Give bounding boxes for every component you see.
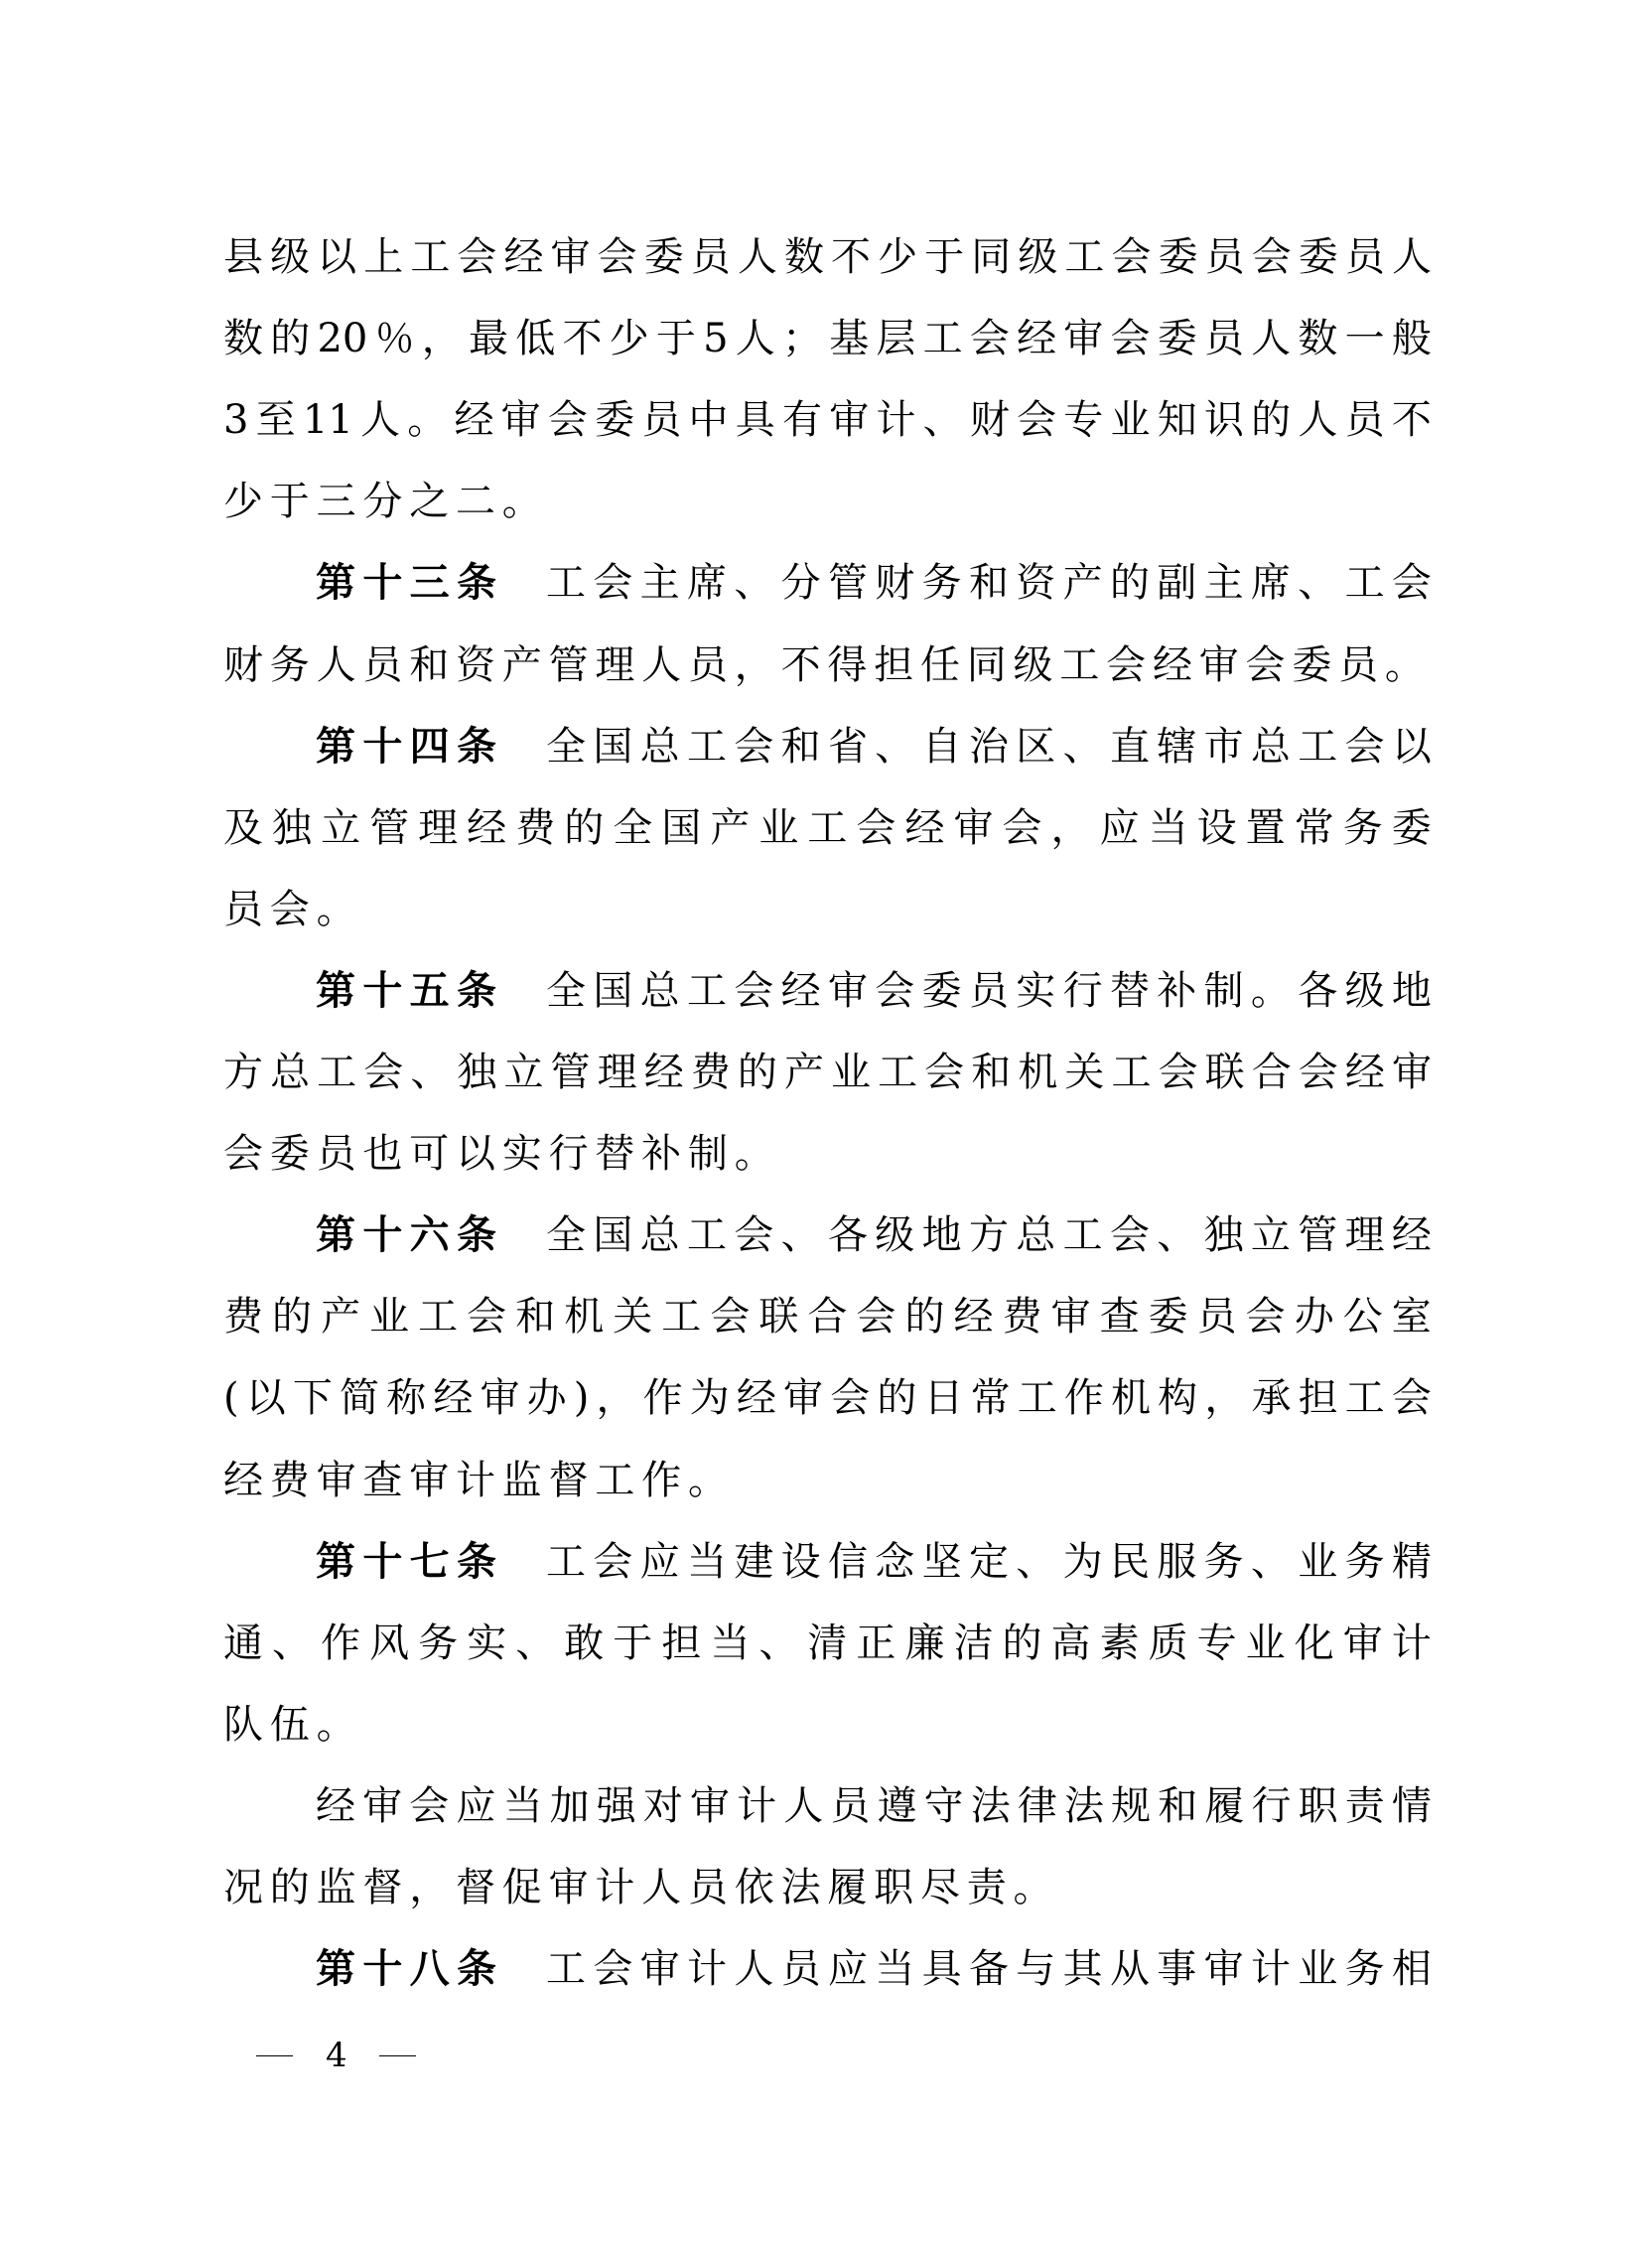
text-char: ， [422, 316, 462, 361]
text-char: 人 [1392, 234, 1432, 280]
text-char: 不 [831, 234, 871, 280]
text-char: 。 [1251, 968, 1291, 1014]
text-char: 会 [970, 316, 1010, 361]
text-line: 会委员也可以实行替补制。 [223, 1131, 1432, 1177]
text-char: 委 [1149, 1294, 1188, 1339]
text-char: 于 [613, 1621, 652, 1666]
text-char: 四 [410, 724, 450, 770]
text-char: 经 [316, 1783, 355, 1829]
text-char: 得 [827, 642, 874, 688]
text-char: 审 [1063, 316, 1103, 361]
text-char: 会 [409, 1783, 449, 1829]
text-char: 级 [1018, 234, 1057, 280]
text-char: 理 [418, 805, 458, 851]
text-char: 信 [828, 1539, 868, 1585]
text-char: 人 [783, 1783, 823, 1829]
text-char: 公 [1343, 1294, 1383, 1339]
text-char: 、 [515, 1621, 555, 1666]
text-char: 、 [1063, 724, 1103, 770]
text-char: 计 [595, 1865, 641, 1910]
text-char: 工 [1111, 1050, 1151, 1095]
text-char: 5 [703, 316, 728, 361]
text-char: 管 [549, 642, 596, 688]
text-char: 构 [1158, 1375, 1197, 1421]
text-line: 队伍。 [223, 1702, 1432, 1748]
text-char: 委 [1392, 805, 1432, 851]
text-char: 主 [1204, 560, 1244, 606]
text-char: 条 [457, 560, 496, 606]
text-char: 独 [457, 1050, 496, 1095]
text-char: 职 [1299, 1783, 1338, 1829]
text-char: 审 [783, 1375, 823, 1421]
text-char: 三 [317, 479, 363, 524]
text-char: 会 [593, 1539, 632, 1585]
text-char: ) [574, 1375, 590, 1421]
text-char: 。 [1014, 1865, 1060, 1910]
text-char: 理 [1345, 1212, 1385, 1258]
text-char: 关 [1064, 1050, 1104, 1095]
text-char: 3 [223, 397, 248, 443]
text-char: 员 [223, 887, 270, 932]
text-char: 建 [734, 1539, 773, 1585]
text-char: 费 [1003, 1294, 1042, 1339]
text-char: 至 [256, 397, 296, 443]
text-char: 其 [1063, 1946, 1103, 1992]
text-char: 产 [502, 642, 549, 688]
text-char: ， [409, 1865, 456, 1910]
text-char: 副 [1157, 560, 1196, 606]
text-char: 审 [501, 397, 541, 443]
text-char: 员 [688, 642, 735, 688]
text-char: 精 [1392, 1539, 1432, 1585]
text-char: 廉 [904, 1621, 944, 1666]
text-char: 担 [874, 642, 920, 688]
text-char: 全 [546, 1212, 586, 1258]
text-char: 制 [1204, 968, 1244, 1014]
text-char: 第 [316, 1946, 355, 1992]
text-char: 不 [1392, 397, 1432, 443]
text-line: 及独立管理经费的全国产业工会经审会，应当设置常务委 [223, 805, 1432, 851]
text-char: 于 [924, 234, 964, 280]
text-char: 补 [641, 1131, 688, 1177]
article-first-line: 第十七条工会应当建设信念坚定、为民服务、业务精 [316, 1539, 1432, 1585]
text-char: 设 [781, 1539, 821, 1585]
text-char: 实 [1016, 968, 1055, 1014]
text-char: 直 [1110, 724, 1150, 770]
text-char: 二 [456, 479, 502, 524]
text-char: 工 [418, 1294, 458, 1339]
text-char: 国 [593, 1212, 632, 1258]
text-char: 会 [734, 724, 773, 770]
text-char: 人 [641, 642, 688, 688]
text-char: 审 [409, 1458, 456, 1503]
text-char: 当 [687, 1539, 727, 1585]
text-char: 十 [362, 560, 402, 606]
text-char: 审 [1204, 1946, 1244, 1992]
text-char: 具 [922, 1946, 962, 1992]
text-char: 三 [410, 560, 450, 606]
text-char: 尽 [920, 1865, 967, 1910]
text-char: 应 [828, 1946, 868, 1992]
article-body-text: 全国总工会和省、自治区、直辖市总工会以 [546, 724, 1432, 770]
text-char: 高 [1051, 1621, 1091, 1666]
text-char: 经 [1392, 1212, 1432, 1258]
text-char: 事 [1157, 1946, 1196, 1992]
text-char: 会 [830, 1375, 870, 1421]
text-char: 县 [223, 234, 263, 280]
text-line: 员会。 [223, 887, 1432, 932]
text-char: ， [1204, 1375, 1244, 1421]
text-char: 地 [922, 1212, 962, 1258]
text-char: 实 [502, 1131, 549, 1177]
article-body-text: 全国总工会、各级地方总工会、独立管理经 [546, 1212, 1432, 1258]
text-char: 当 [503, 1783, 543, 1829]
text-char: 的 [270, 1865, 317, 1910]
text-char: 第 [316, 1212, 355, 1258]
text-char: 级 [875, 1212, 914, 1258]
text-char: 和 [971, 1050, 1011, 1095]
text-char: 全 [546, 724, 586, 770]
text-char: 相 [1392, 1946, 1432, 1992]
text-char: 数 [784, 234, 824, 280]
text-char: 委 [270, 1131, 317, 1177]
text-char: 20 [317, 316, 367, 361]
text-char: 会 [1110, 1212, 1150, 1258]
text-char: 责 [967, 1865, 1014, 1910]
text-char: ； [782, 316, 822, 361]
text-char: 条 [457, 1946, 496, 1992]
text-char: 和 [409, 642, 456, 688]
text-char: 、 [1157, 1212, 1196, 1258]
text-char: 经 [953, 1294, 993, 1339]
text-char: 。 [1385, 642, 1432, 688]
text-char: 。 [688, 1458, 735, 1503]
text-char: 加 [550, 1783, 590, 1829]
page-number-dash-left [256, 2055, 293, 2056]
text-char: 化 [1295, 1621, 1334, 1666]
text-char: 一 [1345, 316, 1385, 361]
text-char: 立 [321, 805, 360, 851]
text-char: 会 [1017, 397, 1056, 443]
text-char: 分 [362, 479, 409, 524]
text-char: 素 [1100, 1621, 1140, 1666]
text-char: 立 [503, 1050, 543, 1095]
text-char: 总 [1251, 724, 1291, 770]
text-char: 会 [875, 968, 914, 1014]
text-char: 洁 [953, 1621, 993, 1666]
text-char: 审 [829, 397, 869, 443]
text-char: 服 [1157, 1539, 1196, 1585]
text-char: 审 [690, 1783, 730, 1829]
text-char: 会 [457, 234, 496, 280]
text-char: 经 [433, 1375, 473, 1421]
text-char: 伍 [270, 1702, 317, 1748]
text-char: 从 [1110, 1946, 1150, 1992]
text-char: 念 [875, 1539, 914, 1585]
text-char: 专 [1063, 397, 1103, 443]
text-char: 会 [1111, 234, 1151, 280]
text-char: 第 [316, 724, 355, 770]
text-char: ， [596, 1375, 635, 1421]
article-body-text: 工会主席、分管财务和资产的副主席、工会 [546, 560, 1432, 606]
text-char: 关 [613, 1294, 652, 1339]
text-char: 条 [457, 968, 496, 1014]
text-char: 以 [1392, 724, 1432, 770]
text-char: 管 [369, 805, 409, 851]
text-char: 工 [546, 560, 586, 606]
text-line: 县级以上工会经审会委员人数不少于同级工会委员会委员人 [223, 234, 1432, 280]
text-char: 计 [456, 1458, 502, 1503]
text-char: 会 [1111, 316, 1151, 361]
text-char: 、 [1298, 560, 1337, 606]
text-char: 计 [876, 397, 915, 443]
text-char: 的 [1251, 397, 1291, 443]
text-char: 为 [690, 1375, 730, 1421]
article-first-line: 第十三条工会主席、分管财务和资产的副主席、工会 [316, 560, 1432, 606]
text-char: 务 [1343, 805, 1383, 851]
text-char: 人 [360, 397, 400, 443]
text-char: 财 [970, 397, 1010, 443]
text-char: 数 [223, 316, 263, 361]
text-char: 称 [386, 1375, 426, 1421]
text-char: 11 [303, 397, 353, 443]
text-char: 基 [829, 316, 869, 361]
text-char: 十 [362, 1946, 402, 1992]
article-first-line: 第十四条全国总工会和省、自治区、直辖市总工会以 [316, 724, 1432, 770]
text-char: 、 [758, 1621, 798, 1666]
text-char: 财 [223, 642, 270, 688]
text-char: 中 [689, 397, 729, 443]
text-char: 务 [922, 560, 962, 606]
text-char: 会 [1159, 1050, 1198, 1095]
text-char: 办 [1295, 1294, 1334, 1339]
text-char: 队 [223, 1702, 270, 1748]
text-char: 工 [1345, 560, 1385, 606]
text-char: 经 [781, 968, 821, 1014]
text-char: 实 [467, 1621, 506, 1666]
text-char: 会 [548, 397, 588, 443]
text-char: 以 [456, 1131, 502, 1177]
article-body-text: 全国总工会经审会委员实行替补制。各级地 [546, 968, 1432, 1014]
text-char: 机 [1111, 1375, 1151, 1421]
text-char: 第 [316, 1539, 355, 1585]
text-char: 应 [640, 1539, 680, 1585]
text-char: 工 [807, 805, 847, 851]
text-line: 数的20％，最低不少于5人；基层工会经审会委员人数一般 [223, 316, 1432, 361]
article-heading: 第十三条 [316, 560, 496, 606]
text-char: 、 [272, 1621, 312, 1666]
text-char: 应 [456, 1783, 495, 1829]
text-char: 分 [781, 560, 821, 606]
text-char: 级 [270, 234, 310, 280]
text-char: 产 [321, 1294, 360, 1339]
text-char: 承 [1251, 1375, 1291, 1421]
text-char: 费 [223, 1294, 263, 1339]
text-char: 费 [270, 1458, 317, 1503]
text-char: 资 [1016, 560, 1055, 606]
text-char: 条 [457, 724, 496, 770]
text-char: 务 [418, 1621, 458, 1666]
text-char: 业 [1298, 1539, 1337, 1585]
text-char: 法 [1064, 1783, 1104, 1829]
text-char: 作 [1064, 1375, 1104, 1421]
text-char: 的 [877, 1375, 916, 1421]
text-char: 员 [1204, 316, 1244, 361]
text-char: 会 [270, 887, 317, 932]
text-char: 替 [1110, 968, 1150, 1014]
text-char: 人 [641, 1865, 688, 1910]
text-char: 联 [1205, 1050, 1245, 1095]
text-char: 少 [878, 234, 917, 280]
text-char: 合 [1252, 1050, 1292, 1095]
text-char: 担 [1299, 1375, 1338, 1421]
text-char: 工 [317, 1050, 356, 1095]
text-char: 促 [502, 1865, 549, 1910]
text-char: 人 [317, 642, 363, 688]
text-char: 定 [969, 1539, 1009, 1585]
text-char: 办 [527, 1375, 567, 1421]
text-char: 职 [874, 1865, 920, 1910]
text-char: 遵 [878, 1783, 917, 1829]
text-char: 。 [735, 1131, 781, 1177]
text-char: 治 [969, 724, 1009, 770]
text-char: 会 [856, 1294, 895, 1339]
text-line: 3至11人。经审会委员中具有审计、财会专业知识的人员不 [223, 397, 1432, 443]
text-char: 总 [270, 1050, 310, 1095]
text-char: 日 [923, 1375, 963, 1421]
text-char: 机 [564, 1294, 604, 1339]
text-char: 产 [710, 805, 750, 851]
text-char: 具 [736, 397, 775, 443]
text-char: 下 [293, 1375, 333, 1421]
text-char: 国 [593, 724, 632, 770]
text-line: 经费审查审计监督工作。 [223, 1458, 1432, 1503]
text-char: 六 [410, 1212, 450, 1258]
text-char: 担 [661, 1621, 701, 1666]
article-heading: 第十八条 [316, 1946, 496, 1992]
text-char: 任 [920, 642, 967, 688]
text-char: 委 [1158, 316, 1197, 361]
text-char: 十 [362, 968, 402, 1014]
text-char: 经 [1017, 316, 1056, 361]
text-char: 的 [270, 316, 310, 361]
text-char: 立 [1251, 1212, 1291, 1258]
text-char: 依 [735, 1865, 781, 1910]
text-line: 况的监督，督促审计人员依法履职尽责。 [223, 1865, 1432, 1910]
text-char: 与 [1016, 1946, 1055, 1992]
text-char: 民 [1110, 1539, 1150, 1585]
text-char: 工 [595, 1458, 641, 1503]
text-char: 委 [1159, 234, 1198, 280]
text-char: 席 [687, 560, 727, 606]
text-char: 、 [1016, 1539, 1055, 1585]
text-char: 工 [923, 316, 963, 361]
text-char: 自 [922, 724, 962, 770]
text-char: 人 [1251, 316, 1291, 361]
article-heading: 第十四条 [316, 724, 496, 770]
text-char: 十 [362, 1539, 402, 1585]
text-char: 务 [1345, 1539, 1385, 1585]
text-char: 员 [1338, 642, 1385, 688]
text-char: 总 [1016, 1212, 1055, 1258]
text-char: 履 [1204, 1783, 1244, 1829]
text-char: ( [223, 1375, 239, 1421]
text-char: 不 [781, 642, 828, 688]
text-char: 通 [223, 1621, 263, 1666]
text-char: 费 [515, 805, 555, 851]
text-char: 的 [1003, 1621, 1042, 1666]
text-char: 工 [410, 234, 450, 280]
text-char: 、 [781, 1212, 821, 1258]
text-char: ％ [375, 316, 415, 361]
text-line: 方总工会、独立管理经费的产业工会和机关工会联合会经审 [223, 1050, 1432, 1095]
text-char: 的 [738, 1050, 777, 1095]
text-char: 独 [272, 805, 312, 851]
text-char: 业 [1246, 1621, 1286, 1666]
text-char: 少 [223, 479, 270, 524]
text-char: 监 [502, 1458, 549, 1503]
text-char: 经 [503, 234, 543, 280]
text-char: 及 [223, 805, 263, 851]
text-char: 工 [1345, 1375, 1385, 1421]
text-line: 少于三分之二。 [223, 479, 1432, 524]
text-char: 的 [1110, 560, 1150, 606]
text-char: 风 [369, 1621, 409, 1666]
text-char: 审 [551, 234, 591, 280]
text-char: 经 [467, 805, 506, 851]
page-number-value: 4 [326, 2036, 347, 2075]
text-char: 总 [640, 724, 680, 770]
text-char: 产 [1063, 560, 1103, 606]
text-char: 审 [1199, 642, 1246, 688]
text-char: 审 [1343, 1621, 1383, 1666]
text-char: 法 [781, 1865, 828, 1910]
text-char: 质 [1149, 1621, 1188, 1666]
text-char: 务 [1345, 1946, 1385, 1992]
text-char: 级 [1345, 968, 1385, 1014]
text-char: 当 [710, 1621, 750, 1666]
text-char: 会 [593, 560, 632, 606]
text-char: 审 [953, 805, 993, 851]
text-char: 作 [643, 1375, 683, 1421]
text-char: 和 [515, 1294, 555, 1339]
text-char: 法 [971, 1783, 1011, 1829]
text-char: 员 [362, 642, 409, 688]
text-char: 工 [546, 1946, 586, 1992]
text-char: 设 [1197, 805, 1237, 851]
text-char: 行 [549, 1131, 596, 1177]
text-char: 业 [1111, 397, 1151, 443]
text-char: 五 [410, 968, 450, 1014]
text-char: 务 [1204, 1539, 1244, 1585]
text-char: 也 [362, 1131, 409, 1177]
text-char: 经 [1153, 642, 1199, 688]
text-char: 。 [317, 887, 363, 932]
text-char: 员 [781, 1946, 821, 1992]
text-char: 审 [549, 1865, 596, 1910]
article-heading: 第十六条 [316, 1212, 496, 1258]
text-char: 委 [644, 234, 684, 280]
text-char: 同 [967, 642, 1014, 688]
article-heading: 第十七条 [316, 1539, 496, 1585]
text-char: 督 [456, 1865, 502, 1910]
text-char: 履 [827, 1865, 874, 1910]
page-number: 4 [256, 2036, 416, 2075]
text-char: 查 [1100, 1294, 1140, 1339]
text-char: 工 [1059, 642, 1106, 688]
text-char: 计 [1251, 1946, 1291, 1992]
text-char: 守 [924, 1783, 964, 1829]
